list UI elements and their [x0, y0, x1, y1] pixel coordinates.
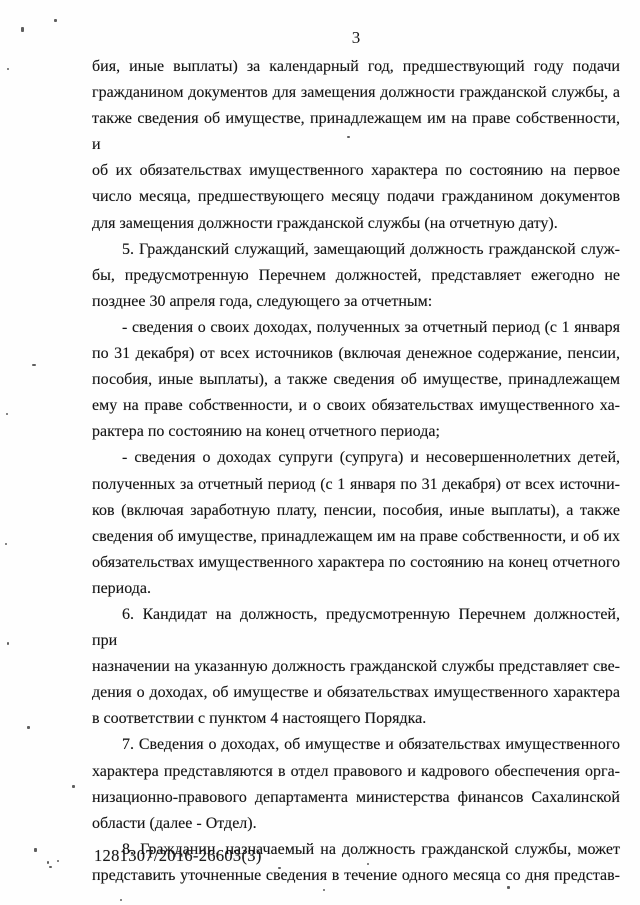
paragraph: 6. Кандидат на должность, предусмотренну… [92, 602, 620, 732]
text-line: бия, иные выплаты) за календарный год, п… [92, 54, 620, 80]
document-body: бия, иные выплаты) за календарный год, п… [92, 54, 620, 889]
text-line: области (далее - Отдел). [92, 811, 620, 837]
text-line: ему на праве собственности, и о своих об… [92, 393, 620, 419]
scan-noise-speck [347, 136, 350, 138]
scan-noise-speck [34, 848, 37, 852]
text-line: об их обязательствах имущественного хара… [92, 158, 620, 184]
text-line: полученных за отчетный период (с 1 январ… [92, 472, 620, 498]
scan-noise-speck [54, 19, 57, 22]
text-line: позднее 30 апреля года, следующего за от… [92, 289, 620, 315]
paragraph: - сведения о доходах супруги (супруга) и… [92, 445, 620, 602]
text-line: обязательствах имущественного характера … [92, 550, 620, 576]
scan-noise-speck [27, 726, 30, 729]
text-line: 5. Гражданский служащий, замещающий долж… [92, 237, 620, 263]
text-line: сведения об имуществе, принадлежащем им … [92, 524, 620, 550]
text-line: представить уточненные сведения в течени… [92, 863, 620, 889]
text-line: низационно-правового департамента минист… [92, 785, 620, 811]
text-line: - сведения о своих доходах, полученных з… [92, 315, 620, 341]
scan-noise-speck [49, 866, 52, 868]
text-line: также сведения об имуществе, принадлежащ… [92, 106, 620, 158]
text-line: периода. [92, 576, 620, 602]
text-line: бы, предусмотренную Перечнем должностей,… [92, 263, 620, 289]
scan-noise-speck [601, 100, 604, 102]
paragraph: - сведения о своих доходах, полученных з… [92, 315, 620, 445]
text-line: характера представляются в отдел правово… [92, 759, 620, 785]
page-number: 3 [92, 28, 620, 48]
scan-noise-speck [420, 716, 422, 718]
scan-noise-speck [7, 642, 9, 645]
text-line: гражданином документов для замещения дол… [92, 80, 620, 106]
scan-noise-speck [6, 413, 8, 415]
scan-noise-speck [507, 886, 510, 889]
scan-noise-speck [278, 867, 281, 869]
paragraph: бия, иные выплаты) за календарный год, п… [92, 54, 620, 237]
scan-noise-speck [5, 543, 7, 545]
text-line: 6. Кандидат на должность, предусмотренну… [92, 602, 620, 654]
scan-noise-speck [72, 785, 75, 788]
text-line: 7. Сведения о доходах, об имуществе и об… [92, 732, 620, 758]
scan-noise-speck [120, 899, 122, 901]
text-line: дения о доходах, об имуществе и обязател… [92, 680, 620, 706]
paragraph: 7. Сведения о доходах, об имуществе и об… [92, 732, 620, 836]
document-id-footer: 1281307/2016-26603(3) [94, 846, 262, 866]
scan-noise-speck [7, 68, 9, 70]
text-line: - сведения о доходах супруги (супруга) и… [92, 445, 620, 471]
scan-noise-speck [47, 861, 49, 864]
text-line: рактера по состоянию на конец отчетного … [92, 419, 620, 445]
scan-noise-speck [21, 27, 24, 32]
scan-noise-speck [57, 860, 59, 862]
scan-noise-speck [323, 889, 325, 891]
paragraph: 5. Гражданский служащий, замещающий долж… [92, 237, 620, 315]
scan-noise-speck [367, 863, 369, 865]
scan-noise-speck [160, 878, 162, 880]
scan-noise-speck [32, 364, 36, 366]
text-line: для замещения должности гражданской служ… [92, 211, 620, 237]
scan-noise-speck [155, 277, 158, 279]
text-line: назначении на указанную должность гражда… [92, 654, 620, 680]
text-line: по 31 декабря) от всех источников (включ… [92, 341, 620, 367]
text-line: пособия, иные выплаты), а также сведения… [92, 367, 620, 393]
text-line: ков (включая заработную плату, пенсии, п… [92, 498, 620, 524]
text-line: число месяца, предшествующего месяцу под… [92, 184, 620, 210]
text-line: в соответствии с пунктом 4 настоящего По… [92, 706, 620, 732]
scanned-document-page: 3 бия, иные выплаты) за календарный год,… [0, 0, 640, 905]
